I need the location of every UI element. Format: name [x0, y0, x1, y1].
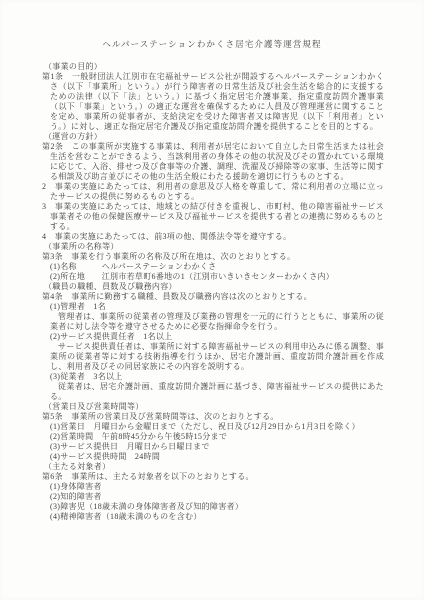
paragraph-heading: （職員の職種、員数及び職務内容） [44, 282, 384, 292]
paragraph-article: 2 事業の実施にあたっては、利用者の意思及び人格を尊重して、常に利用者の立場に立… [42, 182, 384, 202]
paragraph-item: (2)所在地 江別市若草町6番地の1（江別市いきいきセンターわかくさ内） [50, 272, 384, 282]
paragraph-item: (1)身体障害者 [50, 482, 384, 492]
paragraph-article: 第2条 この事業所が実施する事業は、利用者が居宅において自立した日常生活または社… [42, 142, 384, 182]
paragraph-item: (3)従業者 3名以上 [50, 372, 384, 382]
paragraph-item: (1)営業日 月曜日から金曜日まで（ただし、祝日及び12月29日から1月3日を除… [50, 422, 384, 432]
paragraph-item: (2)営業時間 午前8時45分から午後5時15分まで [50, 432, 384, 442]
paragraph-desc: 従業者は、居宅介護計画、重度訪問介護計画に基づき、障害福祉サービスの提供にあたる… [50, 382, 384, 402]
paragraph-item: (4)精神障害者（18歳未満のものを含む） [50, 512, 384, 522]
paragraph-item: (2)知的障害者 [50, 492, 384, 502]
paragraph-article: 第6条 事業所は、主たる対象者を以下のとおりとする。 [42, 472, 384, 482]
paragraph-heading: （主たる対象者） [44, 462, 384, 472]
paragraph-heading: （営業日及び営業時間等） [44, 402, 384, 412]
paragraph-item: (3)サービス提供日 月曜日から日曜日まで [50, 442, 384, 452]
paragraph-item: (4)サービス提供時間 24時間 [50, 452, 384, 462]
paragraph-desc: サービス提供責任者は、事業所に対する障害福祉サービスの利用申込みに係る調整、事業… [50, 342, 384, 372]
paragraph-item: (1)名称 ヘルパーステーションわかくさ [50, 262, 384, 272]
paragraph-item: (3)障害児（18歳未満の身体障害者及び知的障害者） [50, 502, 384, 512]
paragraph-article: 3 事業の実施にあたっては、地域との結び付きを重視し、市町村、他の障害福祉サービ… [42, 202, 384, 232]
paragraph-article: 第3条 事業を行う事業所の名称及び所在地は、次のとおりとする。 [42, 252, 384, 262]
paragraph-heading: （運営の方針） [44, 132, 384, 142]
paragraph-article: 第4条 事業所に勤務する職種、員数及び職務内容は次のとおりとする。 [42, 292, 384, 302]
paragraph-item: (2)サービス提供責任者 1名以上 [50, 332, 384, 342]
paragraph-desc: 管理者は、事業所の従業者の管理及び業務の管理を一元的に行うとともに、事業所の従業… [50, 312, 384, 332]
document-title: ヘルパーステーションわかくさ居宅介護等運営規程 [0, 38, 424, 50]
paragraph-article: 第5条 事業所の営業日及び営業時間等は、次のとおりとする。 [42, 412, 384, 422]
paragraph-article: 第1条 一般財団法人江別市在宅福祉サービス公社が開設するヘルパーステーションわか… [42, 72, 384, 132]
paragraph-item: (1)管理者 1名 [50, 302, 384, 312]
document-page: ヘルパーステーションわかくさ居宅介護等運営規程 （事業の目的）第1条 一般財団法… [0, 0, 424, 600]
paragraph-heading: （事業所の名称等） [44, 242, 384, 252]
paragraph-heading: （事業の目的） [44, 62, 384, 72]
paragraph-article: 4 事業の実施にあたっては、前3項の他、関係法令等を遵守する。 [42, 232, 384, 242]
document-body: （事業の目的）第1条 一般財団法人江別市在宅福祉サービス公社が開設するヘルパース… [0, 62, 424, 522]
